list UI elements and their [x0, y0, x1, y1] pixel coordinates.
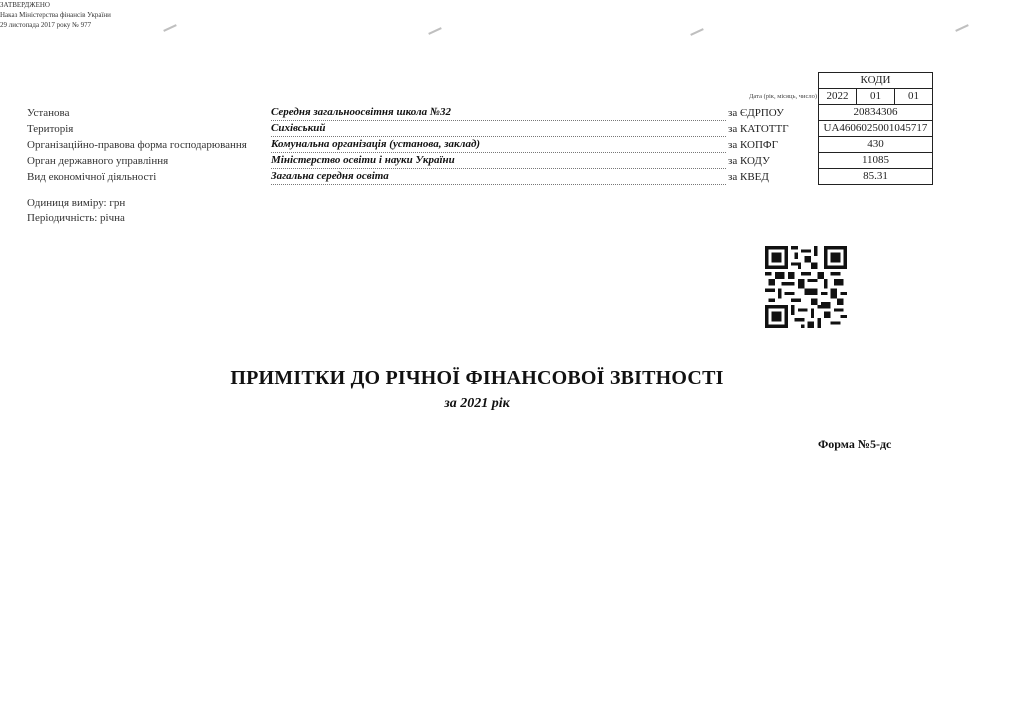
label-territory: Територія [27, 123, 73, 135]
prefix-katottg: за КАТОТТГ [728, 123, 789, 135]
code-kodu: 11085 [819, 153, 933, 169]
approval-line-2: Наказ Міністерства фінансів України [0, 10, 1024, 20]
code-edrpou: 20834306 [819, 105, 933, 121]
approval-block: ЗАТВЕРДЖЕНО Наказ Міністерства фінансів … [0, 0, 1024, 30]
value-authority: Міністерство освіти і науки України [271, 154, 726, 169]
prefix-edrpou: за ЄДРПОУ [728, 107, 784, 119]
approval-line-3: 29 листопада 2017 року № 977 [0, 20, 1024, 30]
value-institution: Середня загальноосвітня школа №32 [271, 106, 726, 121]
unit-of-measure: Одиниця виміру: грн [27, 197, 125, 209]
date-month: 01 [857, 89, 895, 105]
codes-header: КОДИ [819, 73, 933, 89]
date-label: Дата (рік, місяць, число) [727, 93, 817, 100]
code-kved: 85.31 [819, 169, 933, 185]
form-number: Форма №5-дс [818, 437, 891, 452]
code-kopfg: 430 [819, 137, 933, 153]
periodicity: Періодичність: річна [27, 212, 125, 224]
label-authority: Орган державного управління [27, 155, 168, 167]
date-day: 01 [895, 89, 933, 105]
label-activity: Вид економічної діяльності [27, 171, 156, 183]
date-year: 2022 [819, 89, 857, 105]
value-territory: Сихівський [271, 122, 726, 137]
approval-line-1: ЗАТВЕРДЖЕНО [0, 0, 1024, 10]
value-activity: Загальна середня освіта [271, 170, 726, 185]
value-legal-form: Комунальна організація (установа, заклад… [271, 138, 726, 153]
codes-table: КОДИ 2022 01 01 20834306 UA4606025001045… [818, 72, 933, 185]
prefix-kodu: за КОДУ [728, 155, 770, 167]
qr-code-icon [765, 246, 847, 328]
label-legal-form: Організаційно-правова форма господарюван… [27, 139, 247, 151]
prefix-kopfg: за КОПФГ [728, 139, 778, 151]
code-katottg: UA46060250010457​17 [819, 121, 933, 137]
label-institution: Установа [27, 107, 70, 119]
prefix-kved: за КВЕД [728, 171, 769, 183]
document-subtitle: за 2021 рік [0, 396, 954, 412]
document-title: ПРИМІТКИ ДО РІЧНОЇ ФІНАНСОВОЇ ЗВІТНОСТІ [0, 367, 954, 390]
